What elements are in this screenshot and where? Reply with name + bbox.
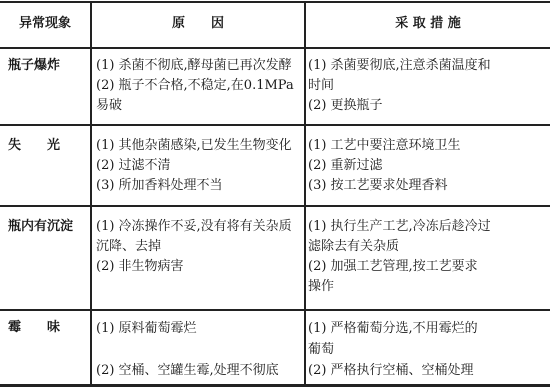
measure-line: 操作 [308, 277, 548, 297]
measure-line: (1) 工艺中要注意环境卫生 [308, 136, 548, 156]
cause-cell: (1) 其他杂菌感染,已发生生物变化 (2) 过滤不清 (3) 所加香料处理不当 [96, 136, 304, 196]
measure-line: 葡萄 [308, 339, 548, 360]
cause-line: (1) 原料葡萄霉烂 [96, 318, 304, 339]
measure-cell: (1) 杀菌要彻底,注意杀菌温度和 时间 (2) 更换瓶子 [308, 56, 548, 116]
cause-line: (2) 过滤不清 [96, 156, 304, 176]
table-top-rule [0, 1, 550, 3]
cause-line: (2) 非生物病害 [96, 257, 304, 277]
cause-line: 沉降、去掉 [96, 237, 304, 257]
header-measures: 采 取 措 施 [306, 14, 550, 34]
column-divider [90, 2, 92, 385]
cause-line: 易破 [96, 96, 304, 116]
row-divider [0, 124, 550, 126]
cause-cell: (1) 冷冻操作不妥,没有将有关杂质 沉降、去掉 (2) 非生物病害 [96, 217, 304, 277]
measure-cell: (1) 严格葡萄分选,不用霉烂的 葡萄 (2) 严格执行空桶、空桶处理 [308, 318, 548, 381]
header-bottom-rule [0, 47, 550, 49]
cause-line: (1) 其他杂菌感染,已发生生物变化 [96, 136, 304, 156]
row-divider [0, 309, 550, 311]
measure-line: 滤除去有关杂质 [308, 237, 548, 257]
cause-cell: (1) 杀菌不彻底,酵母菌已再次发酵 (2) 瓶子不合格,不稳定,在0.1MPa… [96, 56, 304, 116]
table-bottom-rule [0, 384, 550, 387]
column-divider [304, 2, 306, 385]
cause-line: (1) 杀菌不彻底,酵母菌已再次发酵 [96, 56, 304, 76]
measure-cell: (1) 工艺中要注意环境卫生 (2) 重新过滤 (3) 按工艺要求处理香料 [308, 136, 548, 196]
measure-line: (3) 按工艺要求处理香料 [308, 176, 548, 196]
measure-line: 时间 [308, 76, 548, 96]
cause-line: (3) 所加香料处理不当 [96, 176, 304, 196]
measure-line: (2) 加强工艺管理,按工艺要求 [308, 257, 548, 277]
abnormal-phenomena-table: 异常现象 原 因 采 取 措 施 瓶子爆炸 (1) 杀菌不彻底,酵母菌已再次发酵… [0, 0, 550, 388]
measure-cell: (1) 执行生产工艺,冷冻后趁冷过 滤除去有关杂质 (2) 加强工艺管理,按工艺… [308, 217, 548, 297]
cause-line: (2) 空桶、空罐生霉,处理不彻底 [96, 360, 304, 381]
measure-line: (2) 更换瓶子 [308, 96, 548, 116]
phenomenon-cell: 瓶内有沉淀 [0, 217, 90, 237]
phenomenon-cell: 霉 味 [0, 318, 90, 338]
measure-line: (1) 严格葡萄分选,不用霉烂的 [308, 318, 548, 339]
measure-line: (2) 重新过滤 [308, 156, 548, 176]
phenomenon-cell: 失 光 [0, 136, 90, 156]
header-phenomenon: 异常现象 [0, 14, 90, 34]
phenomenon-cell: 瓶子爆炸 [0, 56, 90, 76]
row-divider [0, 205, 550, 207]
measure-line: (2) 严格执行空桶、空桶处理 [308, 360, 548, 381]
cause-line: (2) 瓶子不合格,不稳定,在0.1MPa [96, 76, 304, 96]
cause-line [96, 339, 304, 360]
measure-line: (1) 执行生产工艺,冷冻后趁冷过 [308, 217, 548, 237]
cause-cell: (1) 原料葡萄霉烂 (2) 空桶、空罐生霉,处理不彻底 [96, 318, 304, 381]
measure-line: (1) 杀菌要彻底,注意杀菌温度和 [308, 56, 548, 76]
cause-line: (1) 冷冻操作不妥,没有将有关杂质 [96, 217, 304, 237]
header-cause: 原 因 [92, 14, 304, 34]
